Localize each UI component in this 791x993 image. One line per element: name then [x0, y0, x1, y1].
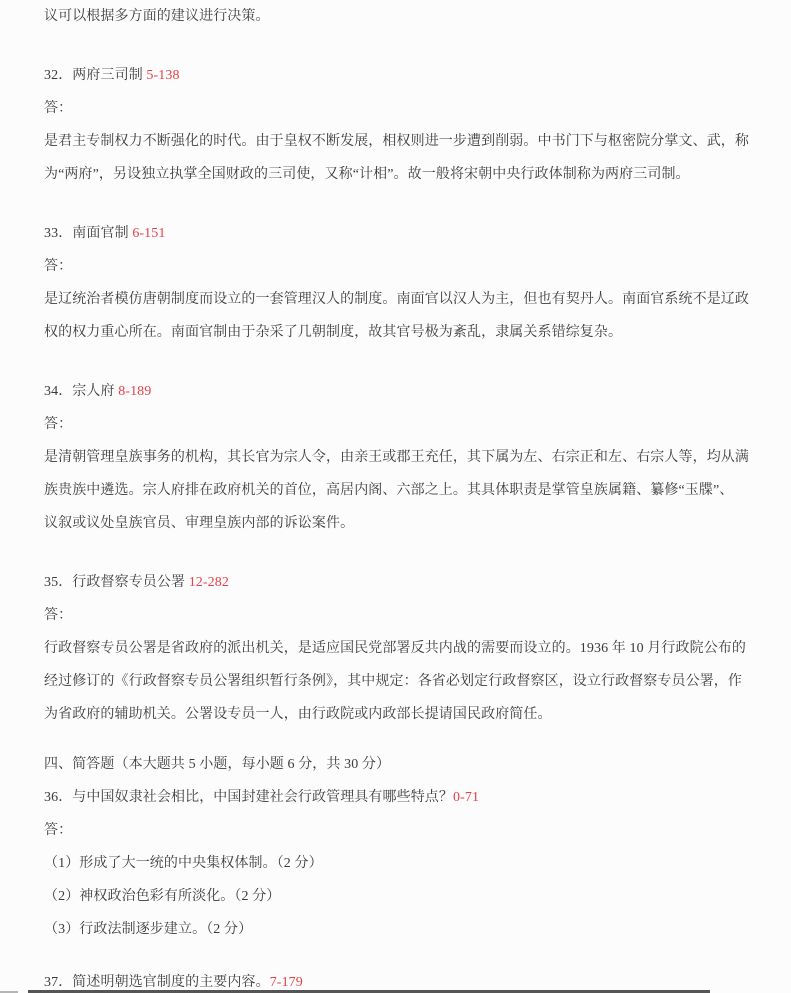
exam-answer-page: 议可以根据多方面的建议进行决策。32．两府三司制 5-138答：是君主专制权力不…: [0, 0, 791, 993]
page-ref: 6-151: [132, 226, 165, 241]
text-line: 经过修订的《行政督察专员公署组织暂行条例》，其中规定：各省必划定行政督察区，设立…: [44, 665, 767, 698]
line-text: 是清朝管理皇族事务的机构，其长官为宗人令，由亲王或郡王充任，其下属为左、右宗正和…: [44, 450, 749, 465]
text-line: （3）行政法制逐步建立。（2 分）: [44, 913, 767, 946]
line-text: 族贵族中遴选。宗人府排在政府机关的首位，高居内阁、六部之上。其具体职责是掌管皇族…: [44, 483, 733, 498]
line-text: 32．两府三司制: [44, 68, 146, 83]
page-ref: 0-71: [453, 790, 479, 805]
text-line: （2）神权政治色彩有所淡化。（2 分）: [44, 880, 767, 913]
line-text: 是君主专制权力不断强化的时代。由于皇权不断发展，相权则进一步遭到削弱。中书门下与…: [44, 134, 749, 149]
line-text: （3）行政法制逐步建立。（2 分）: [44, 922, 252, 937]
answer-label: 答：: [44, 814, 767, 847]
line-text: （1）形成了大一统的中央集权体制。（2 分）: [44, 856, 323, 871]
page-ref: 12-282: [189, 575, 229, 590]
line-text: 34．宗人府: [44, 384, 118, 399]
line-text: 答：: [44, 608, 72, 623]
line-text: 35．行政督察专员公署: [44, 575, 189, 590]
text-line: （1）形成了大一统的中央集权体制。（2 分）: [44, 847, 767, 880]
line-text: 答：: [44, 101, 72, 116]
text-line: 行政督察专员公署是省政府的派出机关，是适应国民党部署反共内战的需要而设立的。19…: [44, 632, 767, 665]
line-text: 37．简述明朝选官制度的主要内容。: [44, 975, 270, 990]
answer-label: 答：: [44, 250, 767, 283]
answer-label: 答：: [44, 599, 767, 632]
page-ref: 8-189: [118, 384, 151, 399]
page-ref: 7-179: [270, 975, 303, 990]
text-line: 是君主专制权力不断强化的时代。由于皇权不断发展，相权则进一步遭到削弱。中书门下与…: [44, 125, 767, 158]
line-text: （2）神权政治色彩有所淡化。（2 分）: [44, 889, 280, 904]
line-text: 答：: [44, 417, 72, 432]
text-line: 是辽统治者模仿唐朝制度而设立的一套管理汉人的制度。南面官以汉人为主，但也有契丹人…: [44, 283, 767, 316]
question-title: 35．行政督察专员公署 12-282: [44, 566, 767, 599]
line-text: 33．南面官制: [44, 226, 132, 241]
line-text: 议可以根据多方面的建议进行决策。: [44, 9, 270, 24]
line-text: 答：: [44, 259, 72, 274]
text-line: 为“两府”，另设独立执掌全国财政的三司使，又称“计相”。故一般将宋朝中央行政体制…: [44, 158, 767, 191]
text-line: 为省政府的辅助机关。公署设专员一人，由行政院或内政部长提请国民政府简任。: [44, 698, 767, 731]
page-ref: 5-138: [146, 68, 179, 83]
line-text: 为“两府”，另设独立执掌全国财政的三司使，又称“计相”。故一般将宋朝中央行政体制…: [44, 167, 690, 182]
question-title: 36．与中国奴隶社会相比，中国封建社会行政管理具有哪些特点？0-71: [44, 781, 767, 814]
line-text: 经过修订的《行政督察专员公署组织暂行条例》，其中规定：各省必划定行政督察区，设立…: [44, 674, 742, 689]
line-text: 四、简答题（本大题共 5 小题，每小题 6 分，共 30 分）: [44, 757, 390, 772]
answer-label: 答：: [44, 408, 767, 441]
answer-label: 答：: [44, 92, 767, 125]
question-title: 33．南面官制 6-151: [44, 217, 767, 250]
line-text: 权的权力重心所在。南面官制由于杂采了几朝制度，故其官号极为紊乱，隶属关系错综复杂…: [44, 325, 622, 340]
line-text: 为省政府的辅助机关。公署设专员一人，由行政院或内政部长提请国民政府简任。: [44, 707, 552, 722]
text-line: 是清朝管理皇族事务的机构，其长官为宗人令，由亲王或郡王充任，其下属为左、右宗正和…: [44, 441, 767, 474]
question-title: 34．宗人府 8-189: [44, 375, 767, 408]
text-line: 族贵族中遴选。宗人府排在政府机关的首位，高居内阁、六部之上。其具体职责是掌管皇族…: [44, 474, 767, 507]
line-text: 答：: [44, 823, 72, 838]
line-text: 36．与中国奴隶社会相比，中国封建社会行政管理具有哪些特点？: [44, 790, 453, 805]
text-line: 权的权力重心所在。南面官制由于杂采了几朝制度，故其官号极为紊乱，隶属关系错综复杂…: [44, 316, 767, 349]
text-line: 议可以根据多方面的建议进行决策。: [44, 0, 767, 33]
text-line: 议叙或议处皇族官员、审理皇族内部的诉讼案件。: [44, 507, 767, 540]
line-text: 是辽统治者模仿唐朝制度而设立的一套管理汉人的制度。南面官以汉人为主，但也有契丹人…: [44, 292, 749, 307]
next-page-edge: [0, 989, 791, 993]
line-text: 行政督察专员公署是省政府的派出机关，是适应国民党部署反共内战的需要而设立的。19…: [44, 641, 746, 656]
question-title: 32．两府三司制 5-138: [44, 59, 767, 92]
line-text: 议叙或议处皇族官员、审理皇族内部的诉讼案件。: [44, 516, 354, 531]
document-body: 议可以根据多方面的建议进行决策。32．两府三司制 5-138答：是君主专制权力不…: [44, 0, 767, 993]
section-header: 四、简答题（本大题共 5 小题，每小题 6 分，共 30 分）: [44, 748, 767, 781]
